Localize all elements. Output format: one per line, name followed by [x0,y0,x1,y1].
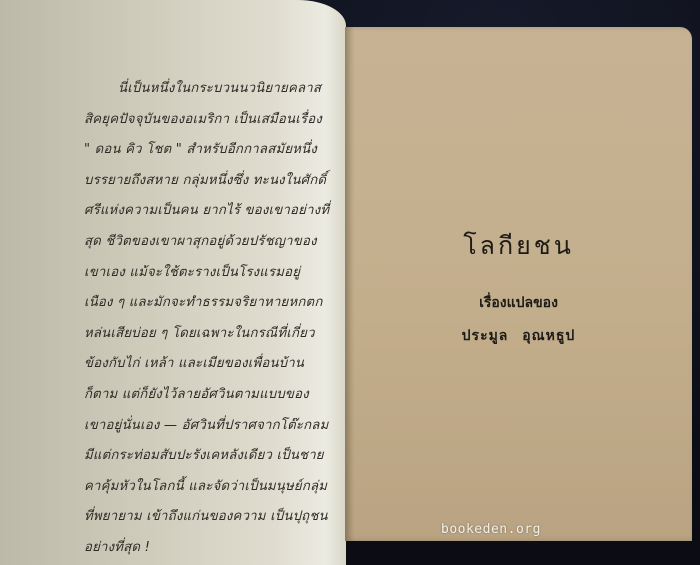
text-line: " ดอน คิว โชต " สำหรับอีกกาลสมัยหนึ่ง [84,135,324,166]
text-line: อย่างที่สุด ! [84,533,324,564]
left-book-page: นี่เป็นหนึ่งในกระบวนนวนิยายคลาส สิคยุคปั… [0,0,346,565]
text-line: สิคยุคปัจจุบันของอเมริกา เป็นเสมือนเรื่อ… [84,105,324,136]
text-line: เขาอยู่นั่นเอง — อัศวินที่ปราศจากโต๊ะกลม [84,411,324,442]
text-line: มีแต่กระท่อมสับปะรังเคหลังเดียว เป็นชาย [84,441,324,472]
text-line: คาคุ้มหัวในโลกนี้ และจัดว่าเป็นมนุษย์กลุ… [84,472,324,503]
text-line: ที่พยายาม เข้าถึงแก่นของความ เป็นปุถุชน [84,502,324,533]
text-line: ก็ตาม แต่ก็ยังไว้ลายอัศวินตามแบบของ [84,380,324,411]
book-title: โลกียชน [345,226,692,266]
text-line: เนือง ๆ และมักจะทำธรรมจริยาหายหกตก [84,288,324,319]
text-line: บรรยายถึงสหาย กลุ่มหนึ่งซึ่ง ทะนงในศักดิ… [84,166,324,197]
text-line: สุด ชีวิตของเขาผาสุกอยู่ด้วยปรัชญาของ [84,227,324,258]
watermark-text: bookeden.org [441,522,541,537]
right-book-page [345,27,692,541]
text-line: นี่เป็นหนึ่งในกระบวนนวนิยายคลาส [84,74,324,105]
text-line: ศรีแห่งความเป็นคน ยากไร้ ของเขาอย่างที่ [84,196,324,227]
translator-name: ประมูล อุณหธูป [345,325,692,347]
left-page-body-text: นี่เป็นหนึ่งในกระบวนนวนิยายคลาส สิคยุคปั… [84,74,324,564]
text-line: หล่นเสียบ่อย ๆ โดยเฉพาะในกรณีที่เกี่ยว [84,319,324,350]
translation-label: เรื่องแปลของ [345,292,692,314]
text-line: ข้องกับไก่ เหล้า และเมียของเพื่อนบ้าน [84,349,324,380]
text-line: เขาเอง แม้จะใช้ตะรางเป็นโรงแรมอยู่ [84,258,324,289]
